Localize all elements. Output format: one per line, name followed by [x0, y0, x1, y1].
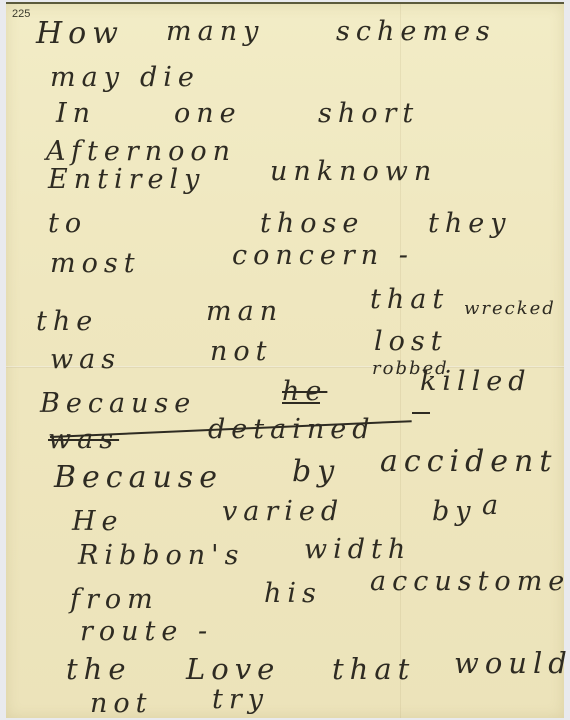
folio-number: 225 — [12, 8, 30, 20]
manuscript-page: 225 How many schemes may die In one shor… — [6, 2, 564, 718]
underline — [412, 412, 430, 414]
struck-word: was — [48, 424, 119, 455]
underline — [282, 402, 320, 404]
